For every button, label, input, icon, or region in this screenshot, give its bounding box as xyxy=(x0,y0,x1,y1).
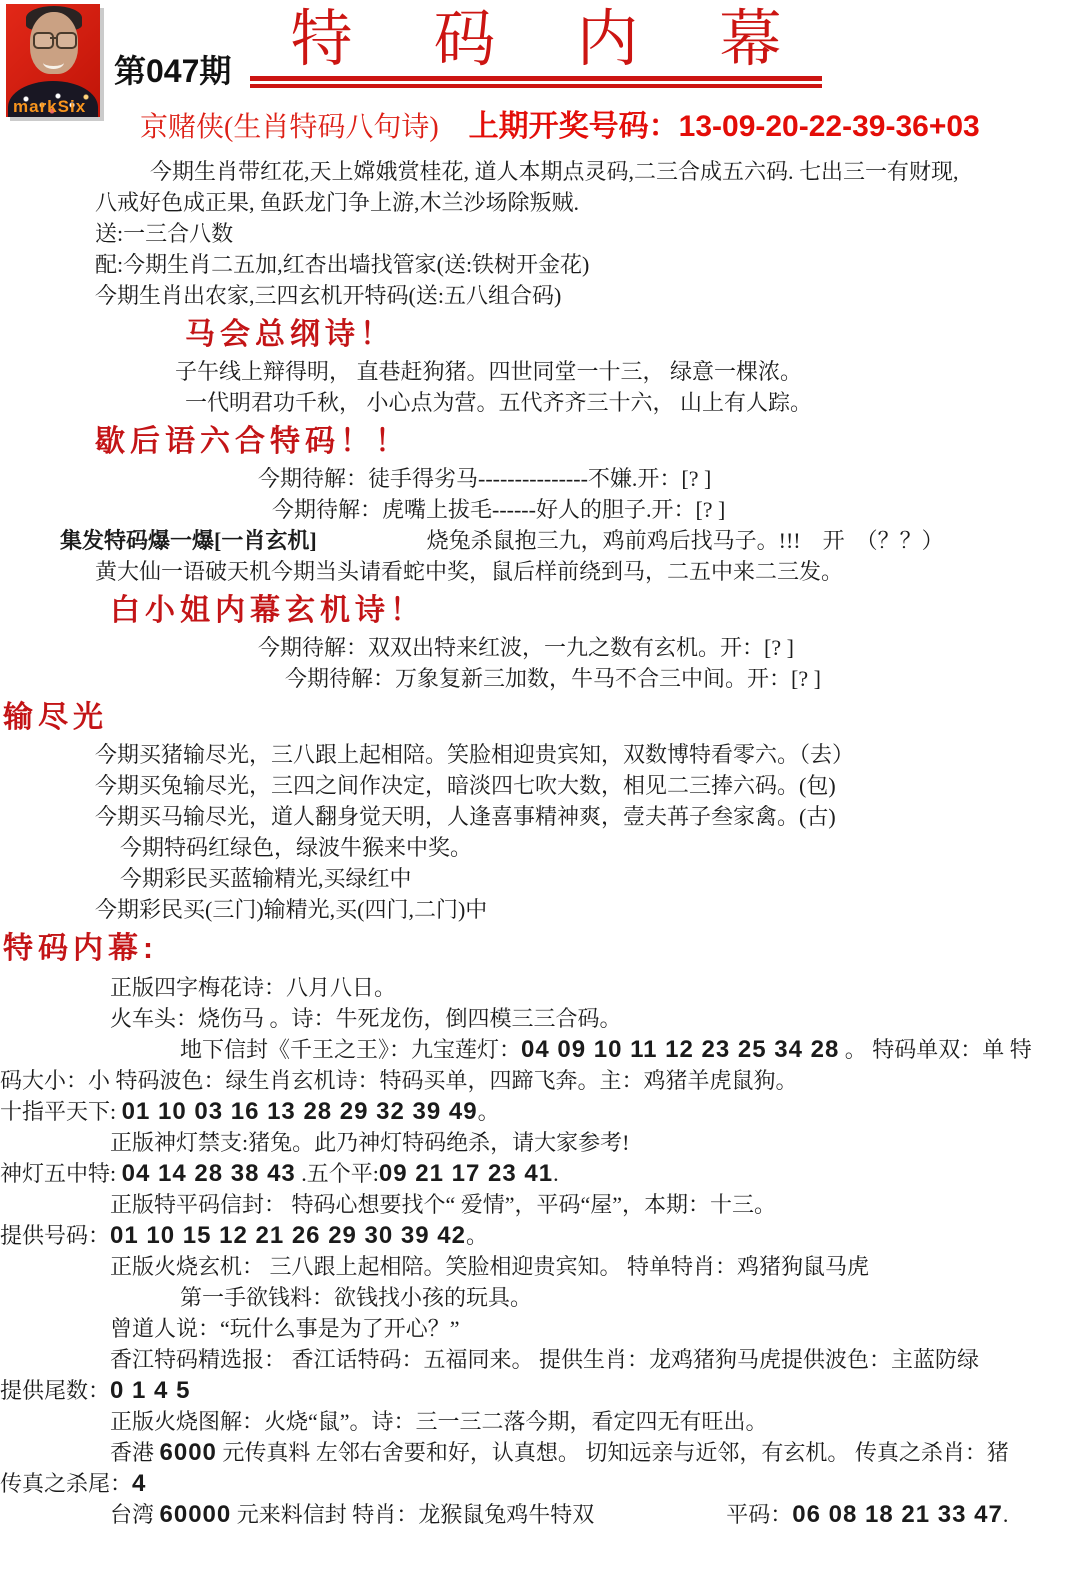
section-temaneimu: 特码内幕:正版四字梅花诗：八月八日。火车头：烧伤马 。诗：牛死龙伤，倒四模三三合… xyxy=(0,933,1068,1530)
text-run: 今期买马输尽光，道人翻身觉天明，人逢喜事精神爽，壹夫苒子叁家禽。(古) xyxy=(95,804,836,829)
text-run: 元传真料 左邻右舍要和好，认真想。 切知远亲与近邻，有玄机。 传真之杀肖：猪 xyxy=(217,1440,1009,1465)
text-run: 今期买兔输尽光，三四之间作决定，暗淡四七吹大数，相见二三捧六码。(包) xyxy=(95,773,836,798)
text-line: 今期买猪输尽光，三八跟上起相陪。笑脸相迎贵宾知，双数博特看零六。（去） xyxy=(0,739,1068,770)
section-baixiaojie: 白小姐内幕玄机诗！今期待解：双双出特来红波，一九之数有玄机。开：[? ]今期待解… xyxy=(0,595,1068,694)
text-run: 今期生肖出农家,三四玄机开特码(送:五八组合码) xyxy=(95,283,561,308)
text-line: 今期待解：虎嘴上拔毛------好人的胆子.开：[? ] xyxy=(0,494,1068,525)
text-line: 今期生肖带红花,天上嫦娥赏桂花, 道人本期点灵码,二三合成五六码. 七出三一有财… xyxy=(0,156,1068,187)
text-line: 香江特码精选报： 香江话特码：五福同来。 提供生肖：龙鸡猪狗马虎提供波色：主蓝防… xyxy=(0,1344,1068,1375)
text-line: 今期彩民买(三门)输精光,买(四门,二门)中 xyxy=(0,894,1068,925)
text-run: 今期待解：万象复新三加数，牛马不合三中间。开：[? ] xyxy=(285,666,821,691)
text-run: 火车头：烧伤马 。诗：牛死龙伤，倒四模三三合码。 xyxy=(110,1006,622,1031)
text-line: 提供尾数：0 1 4 5 xyxy=(0,1375,1068,1406)
text-run: 烧兔杀鼠抱三九，鸡前鸡后找马子。!!! 开 （？？） xyxy=(317,528,944,553)
title-underline xyxy=(250,76,822,88)
text-run: 神灯五中特: xyxy=(0,1161,122,1186)
text-line: 码大小：小 特码波色：绿生肖玄机诗：特码买单，四蹄飞奔。主：鸡猪羊虎鼠狗。 xyxy=(0,1065,1068,1096)
text-run: 一代明君功千秋， 小心点为营。五代齐齐三十六， 山上有人踪。 xyxy=(185,390,812,415)
page-header: markSix 第047期 特 码 内 幕 京赌侠(生肖特码八句诗) 上期开奖号… xyxy=(0,0,1068,148)
text-line: 送:一三合八数 xyxy=(0,218,1068,249)
text-run: 送:一三合八数 xyxy=(95,221,233,246)
section-intro: 今期生肖带红花,天上嫦娥赏桂花, 道人本期点灵码,二三合成五六码. 七出三一有财… xyxy=(0,156,1068,311)
text-line: 地下信封《千王之王》：九宝莲灯：04 09 10 11 12 23 25 34 … xyxy=(0,1034,1068,1065)
text-run: 今期特码红绿色，绿波牛猴来中奖。 xyxy=(120,835,472,860)
number-run: 01 10 03 16 13 28 29 32 39 49 xyxy=(122,1098,478,1125)
text-run: 提供尾数： xyxy=(0,1378,110,1403)
underline-top-rule xyxy=(250,76,822,81)
text-line: 正版四字梅花诗：八月八日。 xyxy=(0,972,1068,1003)
text-line: 传真之杀尾：4 xyxy=(0,1468,1068,1499)
text-run: 今期待解：虎嘴上拔毛------好人的胆子.开：[? ] xyxy=(272,497,725,522)
section-shujinguang: 输尽光今期买猪输尽光，三八跟上起相陪。笑脸相迎贵宾知，双数博特看零六。（去）今期… xyxy=(0,702,1068,925)
text-line: 神灯五中特: 04 14 28 38 43 .五个平:09 21 17 23 4… xyxy=(0,1158,1068,1189)
number-run: 0 1 4 5 xyxy=(110,1377,190,1404)
text-run: 曾道人说：“玩什么事是为了开心？” xyxy=(110,1316,460,1341)
text-run: . xyxy=(553,1161,559,1186)
heading-baixiaojie: 白小姐内幕玄机诗！ xyxy=(0,595,1068,626)
text-run: 八戒好色成正果, 鱼跃龙门争上游,木兰沙场除叛贼. xyxy=(95,190,579,215)
text-run: 。 特码单双：单 特 xyxy=(839,1037,1032,1062)
number-run: 6000 xyxy=(160,1439,217,1466)
text-line: 香港 6000 元传真料 左邻右舍要和好，认真想。 切知远亲与近邻，有玄机。 传… xyxy=(0,1437,1068,1468)
text-run: 香港 xyxy=(110,1440,160,1465)
text-run: 配:今期生肖二五加,红杏出墙找管家(送:铁树开金花) xyxy=(95,252,589,277)
text-line: 八戒好色成正果, 鱼跃龙门争上游,木兰沙场除叛贼. xyxy=(0,187,1068,218)
number-run: 01 10 15 12 21 26 29 30 39 42 xyxy=(110,1222,466,1249)
text-line: 今期待解：徒手得劣马---------------不嫌.开：[? ] xyxy=(0,463,1068,494)
text-run: 正版特平码信封： 特码心想要找个“ 爱情”，平码“屋”，本期：十三。 xyxy=(110,1192,776,1217)
glasses-left-lens-icon xyxy=(33,32,54,49)
heading-mahui-zonggang: 马会总纲诗！ xyxy=(0,319,1068,350)
text-line: 配:今期生肖二五加,红杏出墙找管家(送:铁树开金花) xyxy=(0,249,1068,280)
text-run: .五个平: xyxy=(296,1161,379,1186)
text-run: 今期彩民买(三门)输精光,买(四门,二门)中 xyxy=(95,897,487,922)
text-line: 黄大仙一语破天机今期当头请看蛇中奖，鼠后样前绕到马，二五中来二三发。 xyxy=(0,556,1068,587)
text-run: 子午线上辩得明， 直巷赶狗猪。四世同堂一十三， 绿意一棵浓。 xyxy=(175,359,802,384)
number-run: 60000 xyxy=(160,1501,232,1528)
section-mahui-zonggang: 马会总纲诗！子午线上辩得明， 直巷赶狗猪。四世同堂一十三， 绿意一棵浓。一代明君… xyxy=(0,319,1068,418)
page-title: 特 码 内 幕 xyxy=(250,6,822,74)
text-line: 十指平天下: 01 10 03 16 13 28 29 32 39 49。 xyxy=(0,1096,1068,1127)
text-run: 地下信封《千王之王》：九宝莲灯： xyxy=(180,1037,521,1062)
text-run: 台湾 xyxy=(110,1502,160,1527)
text-line: 正版火烧图解：火烧“鼠”。诗：三一三二落今期，看定四无有旺出。 xyxy=(0,1406,1068,1437)
text-run: 今期买猪输尽光，三八跟上起相陪。笑脸相迎贵宾知，双数博特看零六。（去） xyxy=(95,742,854,767)
number-run: 04 09 10 11 12 23 25 34 28 xyxy=(521,1036,839,1063)
text-run: 。 xyxy=(478,1099,500,1124)
text-run: 集发特码爆一爆[一肖玄机] xyxy=(60,528,317,553)
title-char: 内 xyxy=(576,6,638,74)
issue-number: 第047期 xyxy=(114,46,231,92)
text-line: 曾道人说：“玩什么事是为了开心？” xyxy=(0,1313,1068,1344)
heading-temaneimu: 特码内幕: xyxy=(0,933,1068,964)
glasses-bridge xyxy=(50,37,57,39)
last-draw-result: 上期开奖号码：13-09-20-22-39-36+03 xyxy=(469,110,980,143)
glasses-right-lens-icon xyxy=(56,32,77,49)
text-line: 今期生肖出农家,三四玄机开特码(送:五八组合码) xyxy=(0,280,1068,311)
text-run: 平码： xyxy=(726,1502,792,1527)
text-run: 正版火烧图解：火烧“鼠”。诗：三一三二落今期，看定四无有旺出。 xyxy=(110,1409,768,1434)
content: 今期生肖带红花,天上嫦娥赏桂花, 道人本期点灵码,二三合成五六码. 七出三一有财… xyxy=(0,148,1068,1530)
number-run: 04 14 28 38 43 xyxy=(122,1160,296,1187)
heading-shujinguang: 输尽光 xyxy=(0,702,1068,733)
number-run: 09 21 17 23 41 xyxy=(379,1160,553,1187)
text-line: 正版火烧玄机： 三八跟上起相陪。笑脸相迎贵宾知。 特单特肖：鸡猪狗鼠马虎 xyxy=(0,1251,1068,1282)
underline-bottom-rule xyxy=(250,84,822,88)
text-run: 传真之杀尾： xyxy=(0,1471,132,1496)
title-char: 幕 xyxy=(719,6,781,74)
text-run: 。 xyxy=(466,1223,488,1248)
title-char: 码 xyxy=(433,6,495,74)
number-run: 4 xyxy=(132,1470,146,1497)
text-line: 火车头：烧伤马 。诗：牛死龙伤，倒四模三三合码。 xyxy=(0,1003,1068,1034)
smile-shape xyxy=(43,56,64,69)
text-run: 香江特码精选报： 香江话特码：五福同来。 提供生肖：龙鸡猪狗马虎提供波色：主蓝防… xyxy=(110,1347,979,1372)
text-run: 码大小：小 特码波色：绿生肖玄机诗：特码买单，四蹄飞奔。主：鸡猪羊虎鼠狗。 xyxy=(0,1068,798,1093)
text-line: 集发特码爆一爆[一肖玄机] 烧兔杀鼠抱三九，鸡前鸡后找马子。!!! 开 （？？） xyxy=(0,525,1068,556)
number-run: 06 08 18 21 33 47 xyxy=(792,1501,1003,1528)
author-label: 京赌侠(生肖特码八句诗) xyxy=(140,112,439,143)
text-run: 提供号码： xyxy=(0,1223,110,1248)
text-run: 正版四字梅花诗：八月八日。 xyxy=(110,975,396,1000)
text-run: 十指平天下: xyxy=(0,1099,122,1124)
subtitle-row: 京赌侠(生肖特码八句诗) 上期开奖号码：13-09-20-22-39-36+03 xyxy=(140,101,980,145)
text-run: 今期生肖带红花,天上嫦娥赏桂花, 道人本期点灵码,二三合成五六码. 七出三一有财… xyxy=(150,159,959,184)
text-line: 今期买马输尽光，道人翻身觉天明，人逢喜事精神爽，壹夫苒子叁家禽。(古) xyxy=(0,801,1068,832)
text-run: 今期彩民买蓝输精光,买绿红中 xyxy=(120,866,412,891)
text-line: 正版特平码信封： 特码心想要找个“ 爱情”，平码“屋”，本期：十三。 xyxy=(0,1189,1068,1220)
text-line: 今期待解：万象复新三加数，牛马不合三中间。开：[? ] xyxy=(0,663,1068,694)
text-line: 今期彩民买蓝输精光,买绿红中 xyxy=(0,863,1068,894)
text-line: 提供号码：01 10 15 12 21 26 29 30 39 42。 xyxy=(0,1220,1068,1251)
text-run: 第一手欲钱料：欲钱找小孩的玩具。 xyxy=(180,1285,532,1310)
text-run: 今期待解：双双出特来红波，一九之数有玄机。开：[? ] xyxy=(258,635,794,660)
photo-caption: markSix xyxy=(13,97,86,117)
text-line: 今期买兔输尽光，三四之间作决定，暗淡四七吹大数，相见二三捧六码。(包) xyxy=(0,770,1068,801)
text-line: 今期特码红绿色，绿波牛猴来中奖。 xyxy=(0,832,1068,863)
text-line: 一代明君功千秋， 小心点为营。五代齐齐三十六， 山上有人踪。 xyxy=(0,387,1068,418)
text-run: 黄大仙一语破天机今期当头请看蛇中奖，鼠后样前绕到马，二五中来二三发。 xyxy=(95,559,843,584)
text-run: . xyxy=(1003,1502,1009,1527)
text-run: 正版火烧玄机： 三八跟上起相陪。笑脸相迎贵宾知。 特单特肖：鸡猪狗鼠马虎 xyxy=(110,1254,869,1279)
heading-xiehouyu: 歇后语六合特码！！ xyxy=(0,426,1068,457)
text-line: 台湾 60000 元来料信封 特肖：龙猴鼠兔鸡牛特双 平码：06 08 18 2… xyxy=(0,1499,1068,1530)
title-char: 特 xyxy=(290,6,352,74)
text-run: 正版神灯禁支:猪兔。此乃神灯特码绝杀，请大家参考! xyxy=(110,1130,629,1155)
text-line: 第一手欲钱料：欲钱找小孩的玩具。 xyxy=(0,1282,1068,1313)
text-line: 今期待解：双双出特来红波，一九之数有玄机。开：[? ] xyxy=(0,632,1068,663)
text-line: 正版神灯禁支:猪兔。此乃神灯特码绝杀，请大家参考! xyxy=(0,1127,1068,1158)
section-xiehouyu: 歇后语六合特码！！今期待解：徒手得劣马---------------不嫌.开：[… xyxy=(0,426,1068,587)
text-line: 子午线上辩得明， 直巷赶狗猪。四世同堂一十三， 绿意一棵浓。 xyxy=(0,356,1068,387)
publisher-photo: markSix xyxy=(6,4,100,117)
text-run: 今期待解：徒手得劣马---------------不嫌.开：[? ] xyxy=(258,466,711,491)
text-run: 元来料信封 特肖：龙猴鼠兔鸡牛特双 xyxy=(231,1502,726,1527)
